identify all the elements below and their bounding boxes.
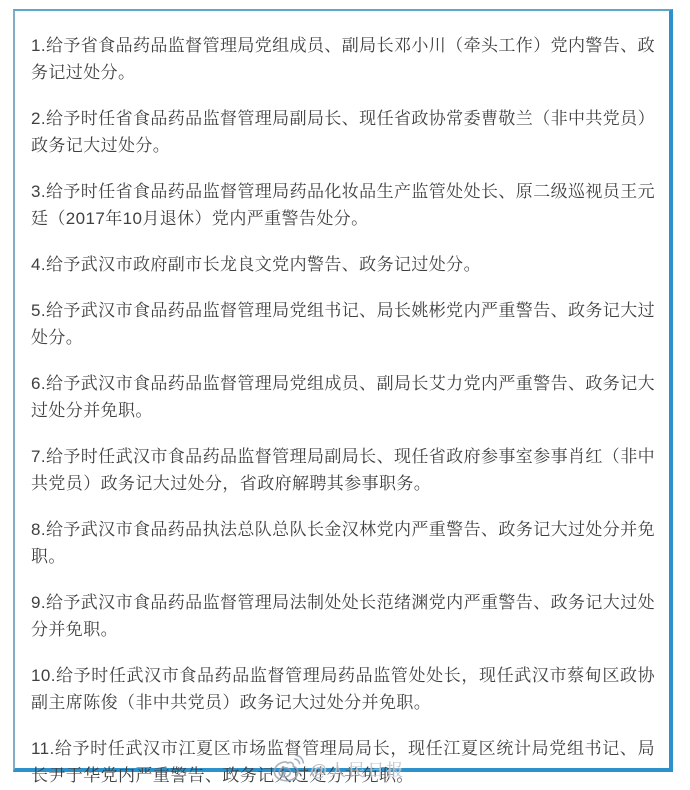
list-item: 3.给予时任省食品药品监督管理局药品化妆品生产监管处处长、原二级巡视员王元廷（2… (31, 178, 655, 232)
list-item: 10.给予时任武汉市食品药品监督管理局药品监管处处长，现任武汉市蔡甸区政协副主席… (31, 662, 655, 716)
list-item: 8.给予武汉市食品药品执法总队总队长金汉林党内严重警告、政务记大过处分并免职。 (31, 516, 655, 570)
content-frame: 1.给予省食品药品监督管理局党组成员、副局长邓小川（牵头工作）党内警告、政务记过… (13, 9, 673, 772)
weibo-icon (272, 753, 304, 783)
list-item: 9.给予武汉市食品药品监督管理局法制处处长范绪渊党内严重警告、政务记大过处分并免… (31, 589, 655, 643)
document-page: 1.给予省食品药品监督管理局党组成员、副局长邓小川（牵头工作）党内警告、政务记过… (0, 0, 690, 790)
list-item: 2.给予时任省食品药品监督管理局副局长、现任省政协常委曹敬兰（非中共党员）政务记… (31, 105, 655, 159)
watermark-handle: @人民日报 (310, 756, 405, 781)
watermark: @人民日报 (272, 753, 405, 783)
list-item: 5.给予武汉市食品药品监督管理局党组书记、局长姚彬党内严重警告、政务记大过处分。 (31, 297, 655, 351)
list-item: 7.给予时任武汉市食品药品监督管理局副局长、现任省政府参事室参事肖红（非中共党员… (31, 443, 655, 497)
disciplinary-list: 1.给予省食品药品监督管理局党组成员、副局长邓小川（牵头工作）党内警告、政务记过… (15, 11, 669, 789)
list-item: 4.给予武汉市政府副市长龙良文党内警告、政务记过处分。 (31, 251, 655, 278)
list-item: 1.给予省食品药品监督管理局党组成员、副局长邓小川（牵头工作）党内警告、政务记过… (31, 32, 655, 86)
list-item: 6.给予武汉市食品药品监督管理局党组成员、副局长艾力党内严重警告、政务记大过处分… (31, 370, 655, 424)
